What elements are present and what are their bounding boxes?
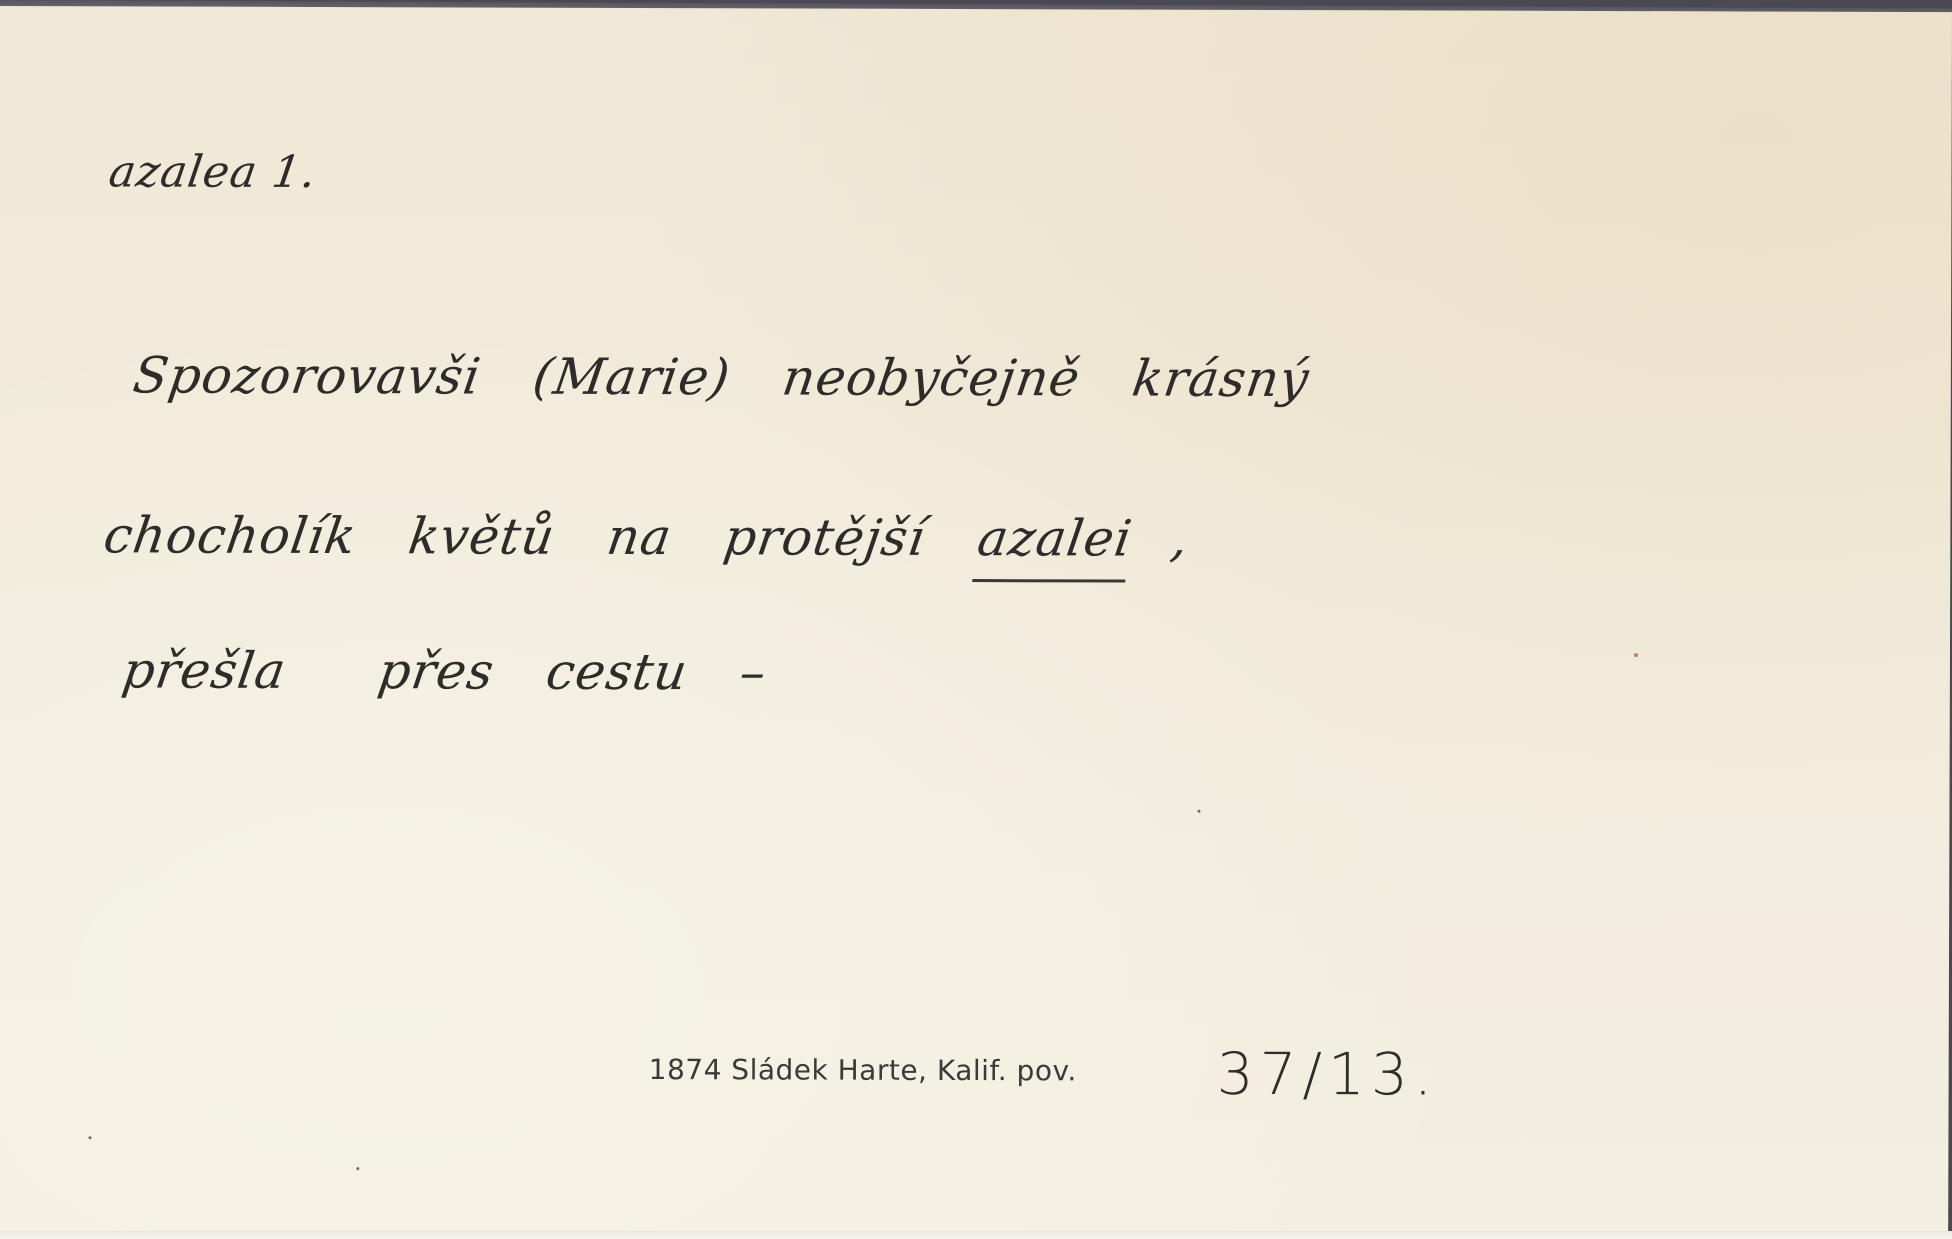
line-1-word: krásný bbox=[1129, 350, 1313, 409]
line-2-word: na bbox=[603, 508, 675, 566]
line-1-word: (Marie) bbox=[529, 348, 734, 407]
printed-source-citation: 1874 Sládek Harte, Kalif. pov. bbox=[649, 1053, 1077, 1087]
line-2-comma: , bbox=[1168, 510, 1193, 568]
line-1-word: neobyčejně bbox=[779, 348, 1084, 407]
line-2-word: chocholík bbox=[100, 506, 360, 565]
scan-bottom-edge bbox=[0, 1231, 1952, 1239]
handwritten-line-2: chocholík květů na protější azalei, bbox=[98, 506, 1193, 582]
underlined-keyword: azalei bbox=[972, 509, 1136, 582]
line-3-word: přes bbox=[375, 642, 499, 700]
paper-speck bbox=[356, 1167, 359, 1170]
card-heading: azalea 1. bbox=[106, 146, 320, 198]
line-3-word: přešla bbox=[119, 641, 290, 699]
scanned-index-card: azalea 1. Spozorovavši (Marie) neobyčejn… bbox=[0, 0, 1952, 1239]
paper-speck bbox=[1197, 810, 1200, 813]
handwritten-line-1: Spozorovavši (Marie) neobyčejně krásný bbox=[130, 346, 1349, 408]
line-3-dash: – bbox=[736, 643, 770, 701]
line-3-word: cestu bbox=[543, 643, 692, 701]
index-card: azalea 1. Spozorovavši (Marie) neobyčejn… bbox=[0, 6, 1952, 1239]
paper-speck bbox=[88, 1136, 91, 1139]
line-2-word: květů bbox=[405, 507, 559, 565]
handwritten-catalog-number: 37/13. bbox=[1217, 1040, 1439, 1109]
red-ink-dot bbox=[1634, 653, 1638, 657]
line-2-word: protější bbox=[720, 508, 929, 567]
handwritten-line-3: přešla přes cestu – bbox=[119, 641, 807, 701]
line-1-word: Spozorovavši bbox=[130, 346, 485, 405]
